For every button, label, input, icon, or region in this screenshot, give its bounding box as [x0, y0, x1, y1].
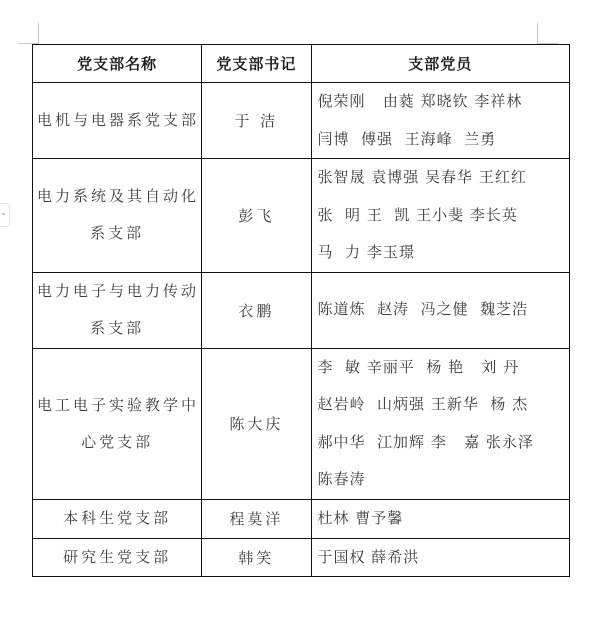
branch-name-line: 电机与电器系党支部 [37, 102, 197, 139]
party-branch-table: 党支部名称 党支部书记 支部党员 电机与电器系党支部于 洁倪荣刚 由蕤 郑晓钦 … [32, 44, 570, 577]
page-corner-mark-top-right-v [537, 23, 538, 44]
members-cell: 陈道炼 赵涛 冯之健 魏芝浩 [311, 272, 569, 348]
table-row: 电机与电器系党支部于 洁倪荣刚 由蕤 郑晓钦 李祥林闫博 傅强 王海峰 兰勇 [33, 83, 570, 159]
members-cell: 杜林 曹予馨 [311, 499, 569, 538]
secretary-cell: 衣鹏 [202, 272, 311, 348]
header-branch-name: 党支部名称 [33, 45, 202, 83]
member-line: 张 明 王 凯 王小斐 李长英 [318, 197, 563, 235]
branch-name-cell: 电机与电器系党支部 [33, 83, 202, 159]
table-row: 本科生党支部程莫洋杜林 曹予馨 [33, 499, 570, 538]
members-cell: 李 敏 辛丽平 杨 艳 刘 丹赵岩岭 山炳强 王新华 杨 杰郝中华 江加辉 李 … [311, 348, 569, 499]
member-line: 陈春涛 [318, 461, 563, 499]
member-line: 倪荣刚 由蕤 郑晓钦 李祥林 [318, 83, 563, 121]
secretary-cell: 彭飞 [202, 159, 311, 273]
branch-name-line: 系支部 [37, 310, 197, 347]
member-line: 赵岩岭 山炳强 王新华 杨 杰 [318, 386, 563, 424]
branch-name-cell: 研究生党支部 [33, 538, 202, 577]
branch-name-line: 电力系统及其自动化 [37, 178, 197, 215]
secretary-cell: 程莫洋 [202, 499, 311, 538]
members-cell: 张智晟 袁博强 吴春华 王红红张 明 王 凯 王小斐 李长英马 力 李玉璟 [311, 159, 569, 273]
branch-name-line: 电工电子实验教学中 [37, 387, 197, 424]
member-line: 李 敏 辛丽平 杨 艳 刘 丹 [318, 349, 563, 387]
member-line: 郝中华 江加辉 李 嘉 张永泽 [318, 424, 563, 462]
branch-name-line: 本科生党支部 [37, 500, 197, 537]
secretary-cell: 于 洁 [202, 83, 311, 159]
member-line: 陈道炼 赵涛 冯之健 魏芝浩 [318, 291, 563, 329]
branch-name-cell: 电力系统及其自动化系支部 [33, 159, 202, 273]
member-line: 张智晟 袁博强 吴春华 王红红 [318, 159, 563, 197]
table-header-row: 党支部名称 党支部书记 支部党员 [33, 45, 570, 83]
table-row: 电工电子实验教学中心党支部陈大庆李 敏 辛丽平 杨 艳 刘 丹赵岩岭 山炳强 王… [33, 348, 570, 499]
member-line: 于国权 薛希洪 [318, 539, 563, 577]
chevron-down-icon: ⌄ [0, 208, 7, 217]
branch-name-line: 研究生党支部 [37, 539, 197, 576]
table-row: 研究生党支部韩笑于国权 薛希洪 [33, 538, 570, 577]
branch-name-line: 心党支部 [37, 424, 197, 461]
header-members: 支部党员 [311, 45, 569, 83]
table-row: 电力系统及其自动化系支部彭飞张智晟 袁博强 吴春华 王红红张 明 王 凯 王小斐… [33, 159, 570, 273]
member-line: 闫博 傅强 王海峰 兰勇 [318, 121, 563, 159]
branch-name-line: 系支部 [37, 215, 197, 252]
secretary-cell: 韩笑 [202, 538, 311, 577]
member-line: 杜林 曹予馨 [318, 500, 563, 538]
branch-name-cell: 电工电子实验教学中心党支部 [33, 348, 202, 499]
page-corner-mark-top-left-v [38, 23, 39, 44]
secretary-cell: 陈大庆 [202, 348, 311, 499]
table-expand-handle[interactable]: ⌄ [0, 203, 10, 227]
branch-name-cell: 本科生党支部 [33, 499, 202, 538]
members-cell: 于国权 薛希洪 [311, 538, 569, 577]
members-cell: 倪荣刚 由蕤 郑晓钦 李祥林闫博 傅强 王海峰 兰勇 [311, 83, 569, 159]
table-row: 电力电子与电力传动系支部衣鹏陈道炼 赵涛 冯之健 魏芝浩 [33, 272, 570, 348]
header-secretary: 党支部书记 [202, 45, 311, 83]
member-line: 马 力 李玉璟 [318, 234, 563, 272]
branch-name-line: 电力电子与电力传动 [37, 273, 197, 310]
branch-name-cell: 电力电子与电力传动系支部 [33, 272, 202, 348]
